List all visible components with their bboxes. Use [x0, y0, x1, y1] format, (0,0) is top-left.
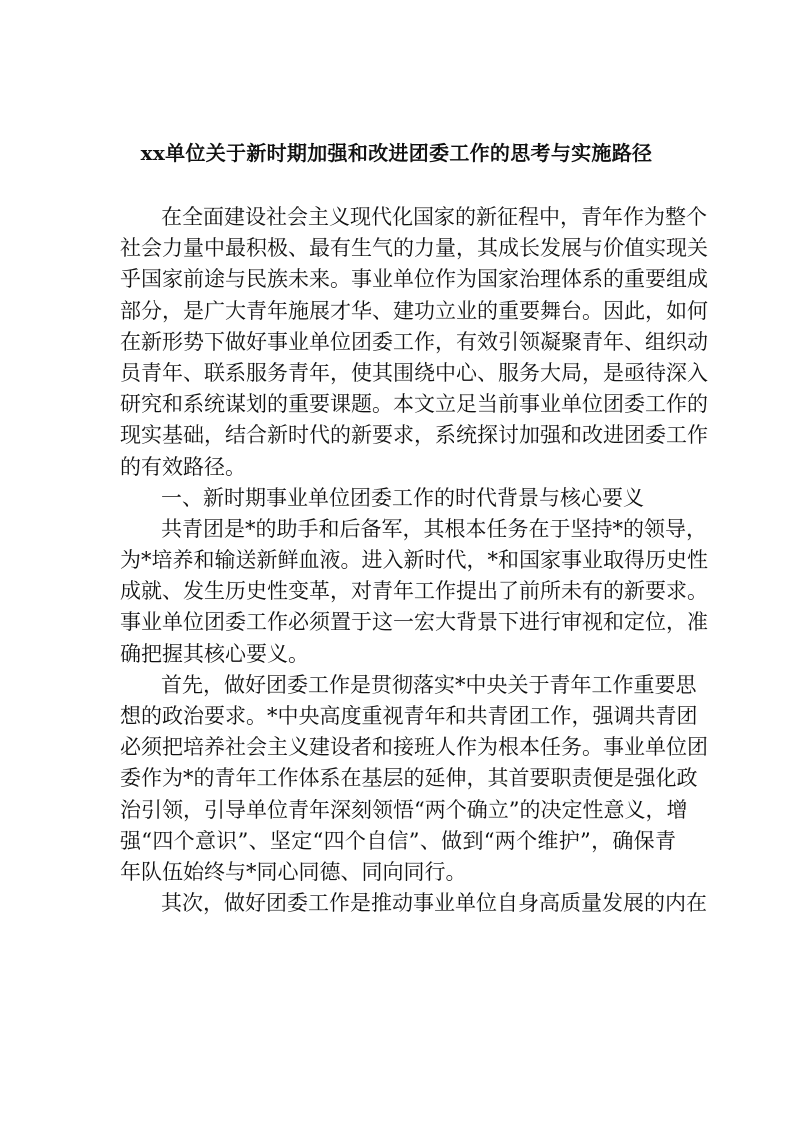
text-line: 委作为*的青年工作体系在基层的延伸，其首要职责便是强化政 [120, 763, 676, 794]
text-line: 强“四个意识”、坚定“四个自信”、做到“两个维护”，确保青 [120, 826, 676, 857]
text-line: 想的政治要求。*中央高度重视青年和共青团工作，强调共青团 [120, 701, 676, 732]
text-line: 部分，是广大青年施展才华、建功立业的重要舞台。因此，如何 [120, 296, 676, 327]
text-line: 员青年、联系服务青年，使其围绕中心、服务大局，是亟待深入 [120, 358, 676, 389]
text-line: 为*培养和输送新鲜血液。进入新时代，*和国家事业取得历史性 [120, 545, 676, 576]
text-line: 共青团是*的助手和后备军，其根本任务在于坚持*的领导， [120, 514, 676, 545]
text-line: 现实基础，结合新时代的新要求，系统探讨加强和改进团委工作 [120, 420, 676, 451]
document-page: xx单位关于新时期加强和改进团委工作的思考与实施路径 在全面建设社会主义现代化国… [0, 0, 793, 1122]
text-line: 治引领，引导单位青年深刻领悟“两个确立”的决定性意义，增 [120, 795, 676, 826]
text-line: 社会力量中最积极、最有生气的力量，其成长发展与价值实现关 [120, 233, 676, 264]
document-title: xx单位关于新时期加强和改进团委工作的思考与实施路径 [0, 138, 793, 168]
text-line: 在新形势下做好事业单位团委工作，有效引领凝聚青年、组织动 [120, 327, 676, 358]
text-line: 确把握其核心要义。 [120, 639, 676, 670]
text-line: 研究和系统谋划的重要课题。本文立足当前事业单位团委工作的 [120, 389, 676, 420]
text-line: 的有效路径。 [120, 452, 676, 483]
text-line: 必须把培养社会主义建设者和接班人作为根本任务。事业单位团 [120, 732, 676, 763]
text-line: 在全面建设社会主义现代化国家的新征程中，青年作为整个 [120, 202, 676, 233]
document-body: 在全面建设社会主义现代化国家的新征程中，青年作为整个 社会力量中最积极、最有生气… [120, 202, 676, 919]
text-line: 年队伍始终与*同心同德、同向同行。 [120, 857, 676, 888]
text-line: 其次，做好团委工作是推动事业单位自身高质量发展的内在 [120, 888, 676, 919]
text-line: 成就、发生历史性变革，对青年工作提出了前所未有的新要求。 [120, 576, 676, 607]
section-heading: 一、新时期事业单位团委工作的时代背景与核心要义 [120, 483, 676, 514]
text-line: 事业单位团委工作必须置于这一宏大背景下进行审视和定位，准 [120, 607, 676, 638]
text-line: 乎国家前途与民族未来。事业单位作为国家治理体系的重要组成 [120, 264, 676, 295]
text-line: 首先，做好团委工作是贯彻落实*中央关于青年工作重要思 [120, 670, 676, 701]
